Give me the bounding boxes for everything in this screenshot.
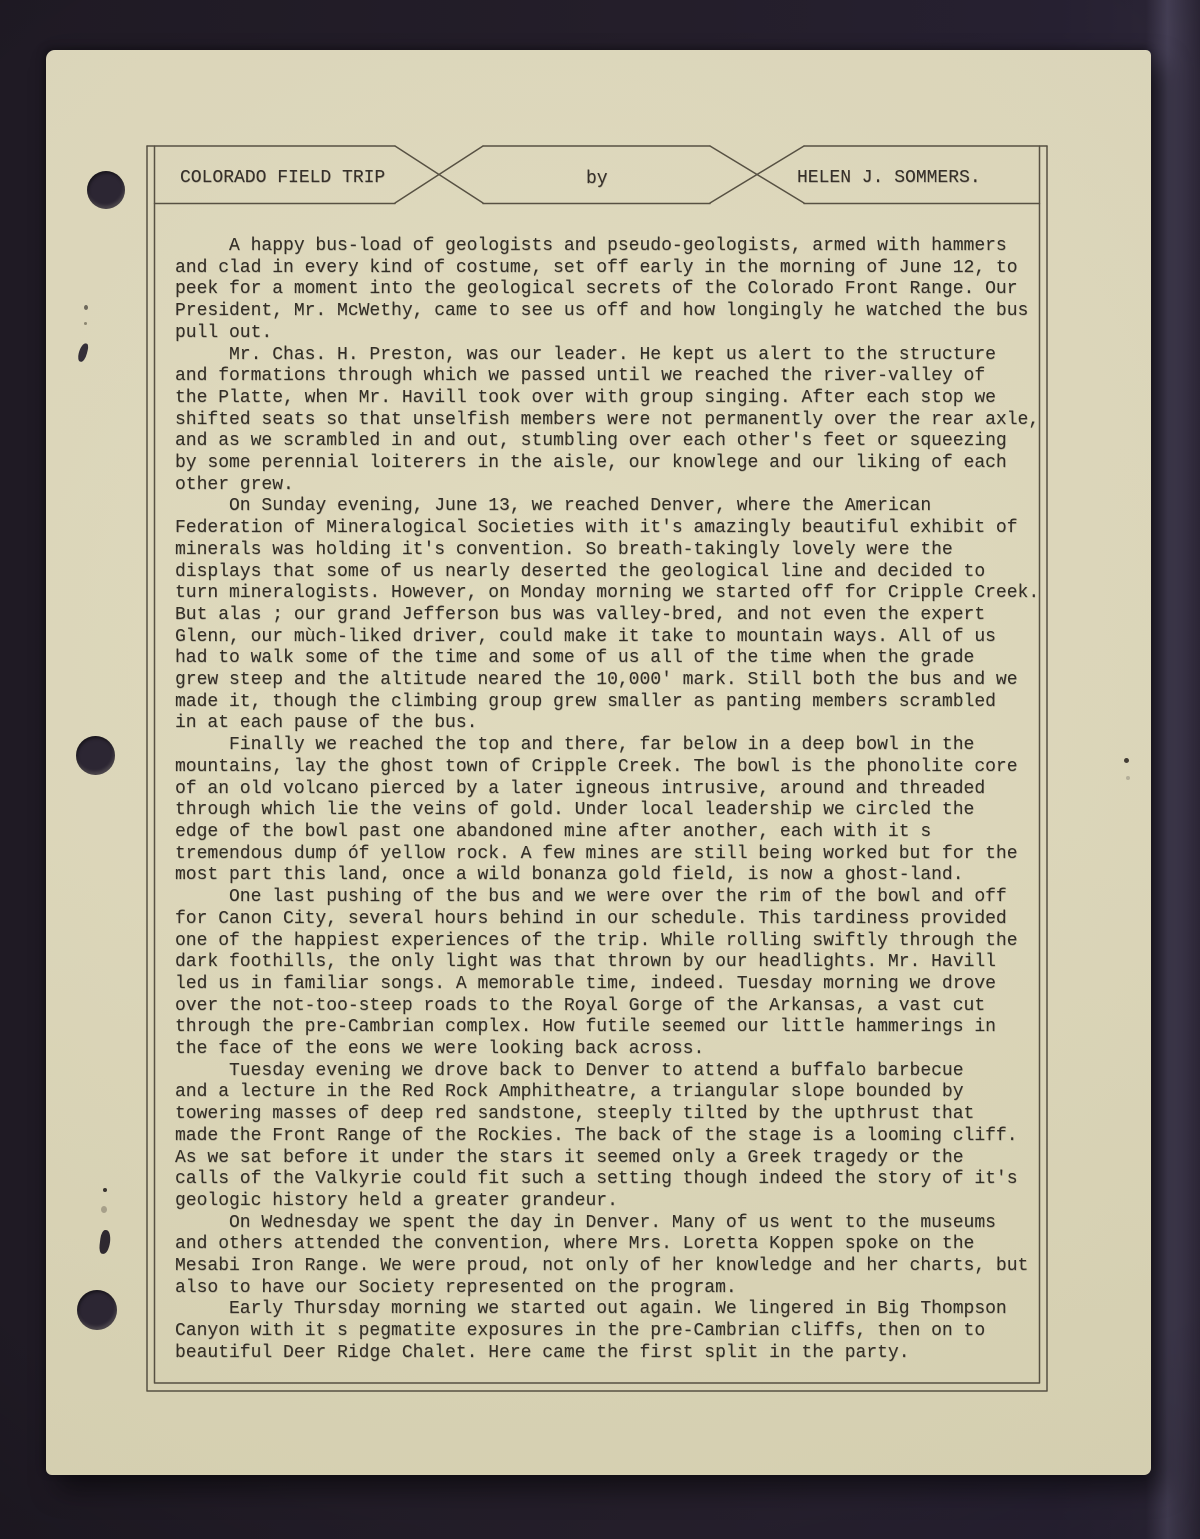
pencil-mark [103,1188,107,1192]
pencil-mark [84,305,88,310]
paragraph-3: On Sunday evening, June 13, we reached D… [175,496,1055,735]
byline-label: by [586,170,608,188]
paragraph-7: On Wednesday we spent the day in Denver.… [175,1213,1055,1300]
document-body: A happy bus-load of geologists and pseud… [175,236,1055,1365]
paragraph-5: One last pushing of the bus and we were … [175,887,1055,1061]
paragraph-4: Finally we reached the top and there, fa… [175,735,1055,887]
paragraph-6: Tuesday evening we drove back to Denver … [175,1061,1055,1213]
ink-smudge [77,342,89,362]
pencil-mark [101,1206,107,1213]
ink-smudge [99,1229,112,1254]
document-page: COLORADO FIELD TRIP by HELEN J. SOMMERS.… [46,50,1151,1475]
author-name: HELEN J. SOMMERS. [797,169,981,187]
paragraph-8: Early Thursday morning we started out ag… [175,1299,1055,1364]
paragraph-1: A happy bus-load of geologists and pseud… [175,236,1055,345]
paragraph-2: Mr. Chas. H. Preston, was our leader. He… [175,345,1055,497]
punch-hole-top [87,171,125,209]
punch-hole-middle [76,736,115,775]
scanned-document-background: { "colors": { "background": "#231d29", "… [0,0,1200,1539]
document-title: COLORADO FIELD TRIP [180,169,385,187]
pencil-mark [1126,776,1130,780]
punch-hole-bottom [77,1290,117,1330]
pencil-mark [84,322,87,325]
pencil-mark [1124,758,1129,763]
